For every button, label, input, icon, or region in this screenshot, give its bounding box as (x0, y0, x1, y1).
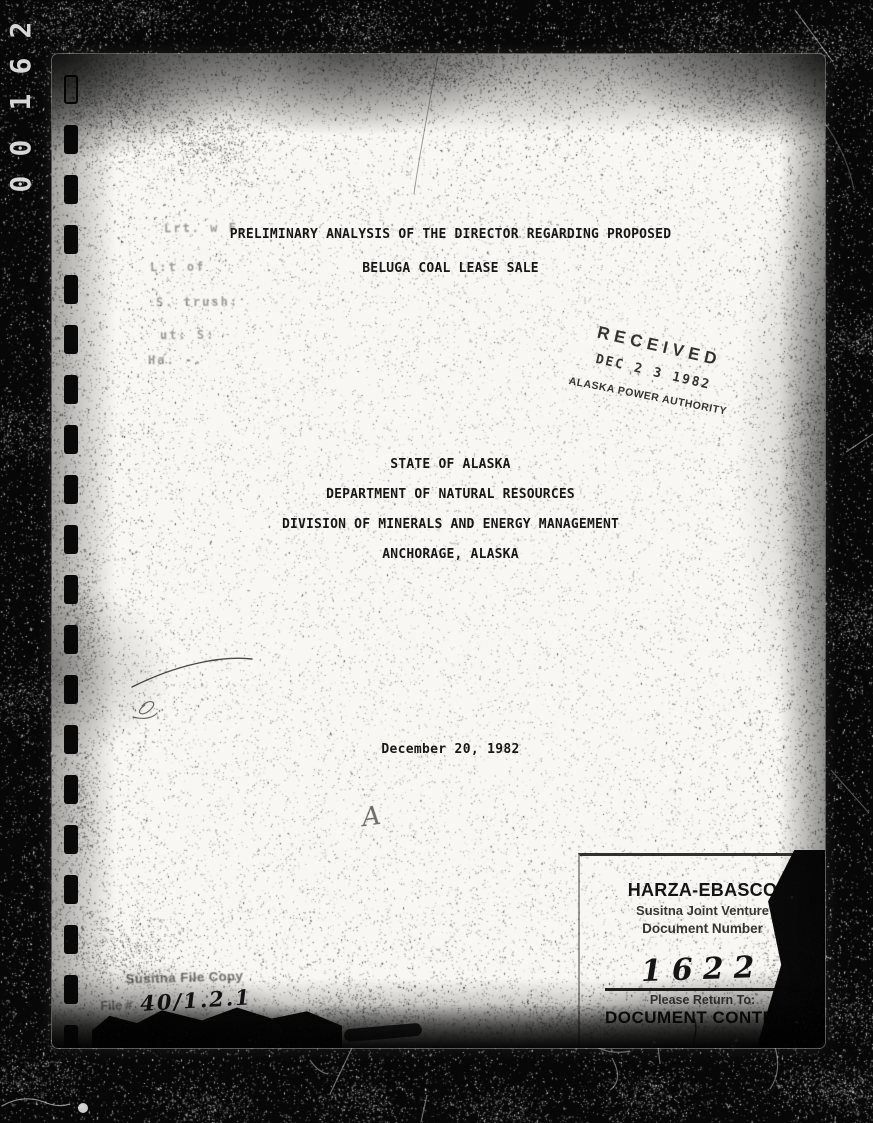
binding-hole (64, 375, 78, 404)
binding-hole (64, 875, 78, 904)
ghost-scribble: S. trush: (156, 295, 239, 310)
publication-date: December 20, 1982 (64, 742, 825, 757)
bottom-shadow-band (52, 1004, 825, 1048)
document-number-line: 1622 (605, 952, 800, 991)
spine-digit: 0 (3, 167, 39, 201)
agency-line: ANCHORAGE, ALASKA (64, 540, 825, 570)
document-number-handwritten: 1622 (640, 950, 765, 989)
ghost-scribble: ut: S: (160, 328, 215, 342)
binding-hole (64, 1025, 78, 1048)
report-title: PRELIMINARY ANALYSIS OF THE DIRECTOR REG… (64, 218, 825, 286)
report-title-line2: BELUGA COAL LEASE SALE (64, 252, 825, 286)
binding-hole (64, 775, 78, 804)
binding-hole (64, 175, 78, 204)
spine-id-number: 2 6 1 0 0 (4, 12, 38, 202)
received-stamp: RECEIVED DEC 2 3 1982 ALASKA POWER AUTHO… (534, 311, 773, 428)
binding-hole (64, 325, 78, 354)
binding-hole (64, 75, 78, 104)
binding-hole (64, 225, 78, 254)
agency-line: STATE OF ALASKA (64, 450, 825, 480)
binding-hole (64, 725, 78, 754)
ghost-scribble: Ha. -. (148, 353, 203, 367)
binding-holes (52, 54, 92, 1048)
scanned-document: 2 6 1 0 0 Lrt. w F. L:t of S. trush: ut:… (0, 0, 873, 1123)
spine-digit: 6 (3, 49, 39, 83)
binding-hole (64, 925, 78, 954)
file-copy-label: Susitna File Copy (125, 966, 339, 987)
document-page: Lrt. w F. L:t of S. trush: ut: S: Ha. -.… (52, 54, 825, 1048)
binding-hole (64, 975, 78, 1004)
binding-hole (64, 825, 78, 854)
agency-block: STATE OF ALASKA DEPARTMENT OF NATURAL RE… (64, 450, 825, 570)
pencil-mark: A (360, 801, 383, 833)
binding-hole (64, 125, 78, 154)
binding-hole (64, 625, 78, 654)
report-title-line1: PRELIMINARY ANALYSIS OF THE DIRECTOR REG… (64, 218, 825, 252)
binding-hole (64, 275, 78, 304)
binding-hole (64, 575, 78, 604)
binding-hole (64, 475, 78, 504)
binding-hole (64, 675, 78, 704)
agency-line: DIVISION OF MINERALS AND ENERGY MANAGEME… (64, 510, 825, 540)
spine-digit: 1 (3, 85, 39, 119)
binding-hole (64, 425, 78, 454)
agency-line: DEPARTMENT OF NATURAL RESOURCES (64, 480, 825, 510)
binding-hole (64, 525, 78, 554)
spine-digit: 0 (3, 131, 39, 165)
spine-digit: 2 (3, 13, 39, 47)
